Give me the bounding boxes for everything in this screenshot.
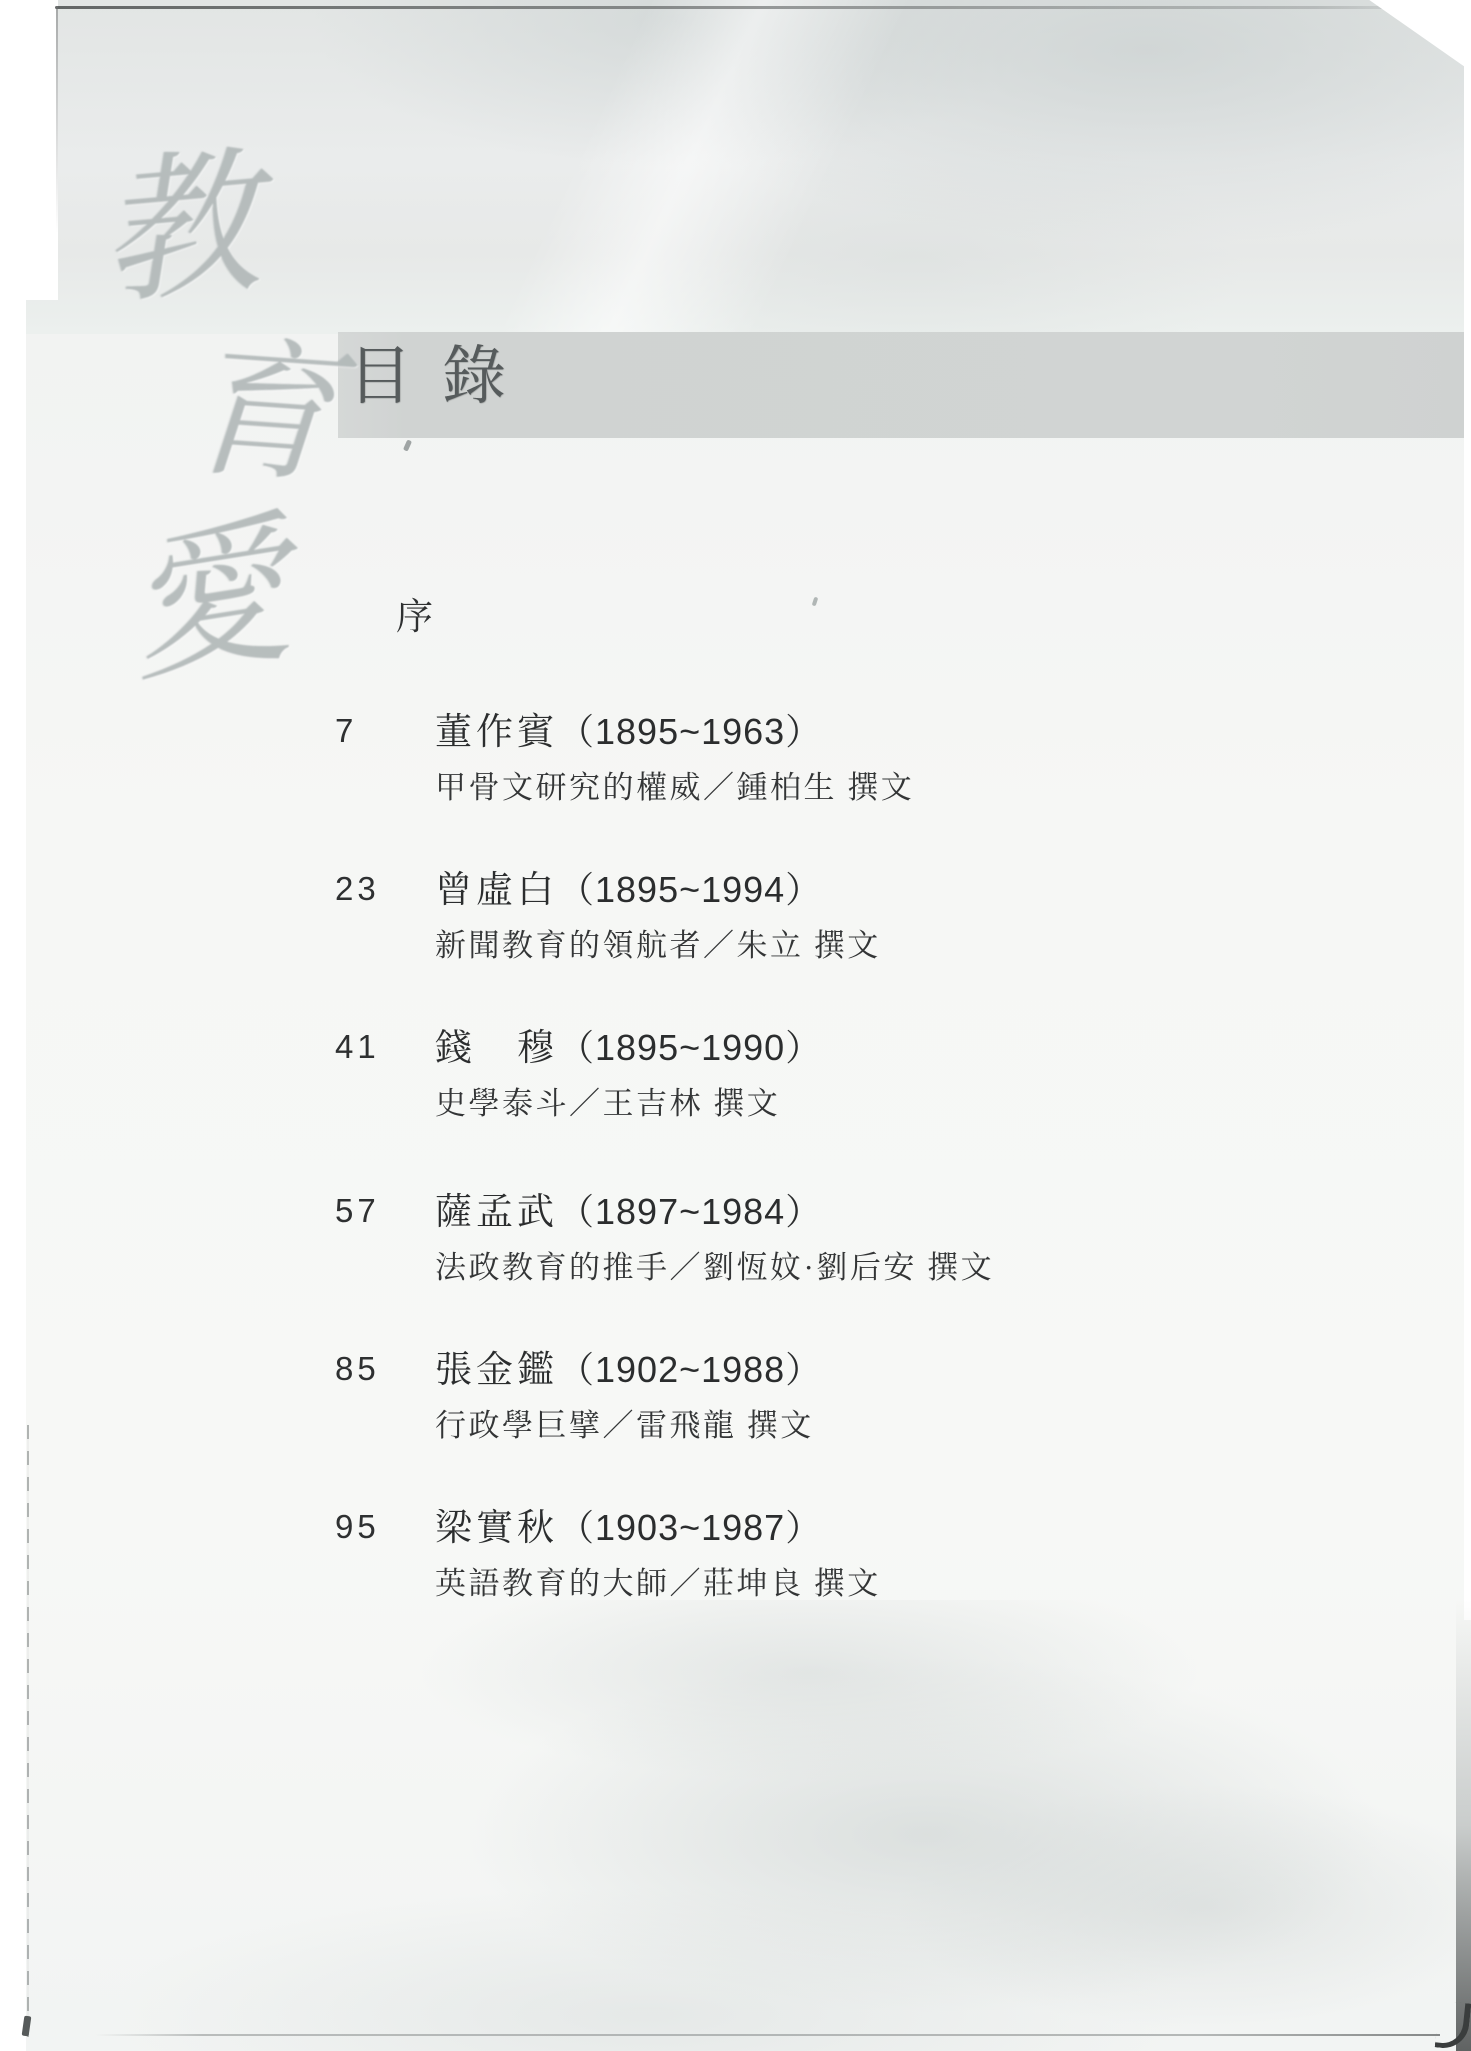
page-edge-top: [55, 6, 1455, 9]
entry-name: 梁實秋: [435, 1508, 558, 1549]
entry-title: 董作賓（1895~1963）: [435, 710, 822, 755]
page-edge-right-lower: [1456, 1600, 1471, 2051]
entry-title: 薩孟武（1897~1984）: [435, 1190, 822, 1235]
scan-artifact-mark: [812, 597, 819, 607]
entry-subtitle: 法政教育的推手／劉恆妏·劉后安 撰文: [435, 1249, 994, 1286]
entry-page-number: 23: [335, 871, 380, 907]
entry-years: （1895~1963）: [558, 711, 822, 752]
scan-margin-left: [0, 0, 26, 2051]
entry-years: （1903~1987）: [558, 1507, 822, 1548]
scan-margin-top-left: [0, 0, 58, 300]
entry-subtitle: 英語教育的大師／莊坤良 撰文: [435, 1565, 881, 1602]
entry-page-number: 57: [335, 1193, 380, 1229]
toc-title: 目錄: [348, 345, 536, 409]
entry-page-number: 41: [335, 1029, 380, 1065]
entry-name: 董作賓: [435, 712, 558, 753]
entry-title: 張金鑑（1902~1988）: [435, 1348, 822, 1393]
entry-page-number: 95: [335, 1509, 380, 1545]
entry-subtitle: 甲骨文研究的權威／鍾柏生 撰文: [435, 769, 914, 806]
entry-subtitle: 史學泰斗／王吉林 撰文: [435, 1085, 780, 1122]
preface-label: 序: [396, 596, 435, 640]
calligraphy-char-jiao: 教: [93, 143, 264, 314]
entry-years: （1902~1988）: [558, 1349, 822, 1390]
entry-name: 薩孟武: [435, 1192, 558, 1233]
entry-years: （1897~1984）: [558, 1191, 822, 1232]
toc-entry: 57 薩孟武（1897~1984） 法政教育的推手／劉恆妏·劉后安 撰文: [335, 1190, 1335, 1310]
page-edge-left-lower: [27, 1425, 29, 2037]
entry-page-number: 85: [335, 1351, 380, 1387]
entry-name: 錢 穆: [435, 1028, 558, 1069]
toc-entry: 85 張金鑑（1902~1988） 行政學巨擘／雷飛龍 撰文: [335, 1348, 1335, 1468]
page-edge-left-upper: [56, 8, 58, 233]
calligraphy-char-yu: 育: [181, 333, 341, 493]
page-edge-bottom: [95, 2034, 1440, 2036]
toc-entry: 23 曾虛白（1895~1994） 新聞教育的領航者／朱立 撰文: [335, 868, 1335, 988]
toc-entry: 41 錢 穆（1895~1990） 史學泰斗／王吉林 撰文: [335, 1026, 1335, 1146]
entry-subtitle: 行政學巨擘／雷飛龍 撰文: [435, 1407, 814, 1444]
scanned-toc-page: 教 育 愛 目錄 序 7 董作賓（1895~1963） 甲骨文研究的權威／鍾柏生…: [0, 0, 1471, 2051]
scan-artifact-tick: [403, 439, 412, 451]
toc-entry: 7 董作賓（1895~1963） 甲骨文研究的權威／鍾柏生 撰文: [335, 710, 1335, 830]
entry-title: 錢 穆（1895~1990）: [435, 1026, 822, 1071]
entry-subtitle: 新聞教育的領航者／朱立 撰文: [435, 927, 881, 964]
entry-name: 張金鑑: [435, 1350, 558, 1391]
calligraphy-char-ai: 愛: [114, 508, 299, 693]
entry-years: （1895~1994）: [558, 869, 822, 910]
entry-years: （1895~1990）: [558, 1027, 822, 1068]
scan-texture-bottom: [0, 1600, 1471, 2051]
entry-title: 梁實秋（1903~1987）: [435, 1506, 822, 1551]
entry-name: 曾虛白: [435, 870, 558, 911]
scan-margin-right: [1464, 0, 1471, 1620]
entry-title: 曾虛白（1895~1994）: [435, 868, 822, 913]
toc-entry: 95 梁實秋（1903~1987） 英語教育的大師／莊坤良 撰文: [335, 1506, 1335, 1626]
entry-page-number: 7: [335, 713, 357, 749]
